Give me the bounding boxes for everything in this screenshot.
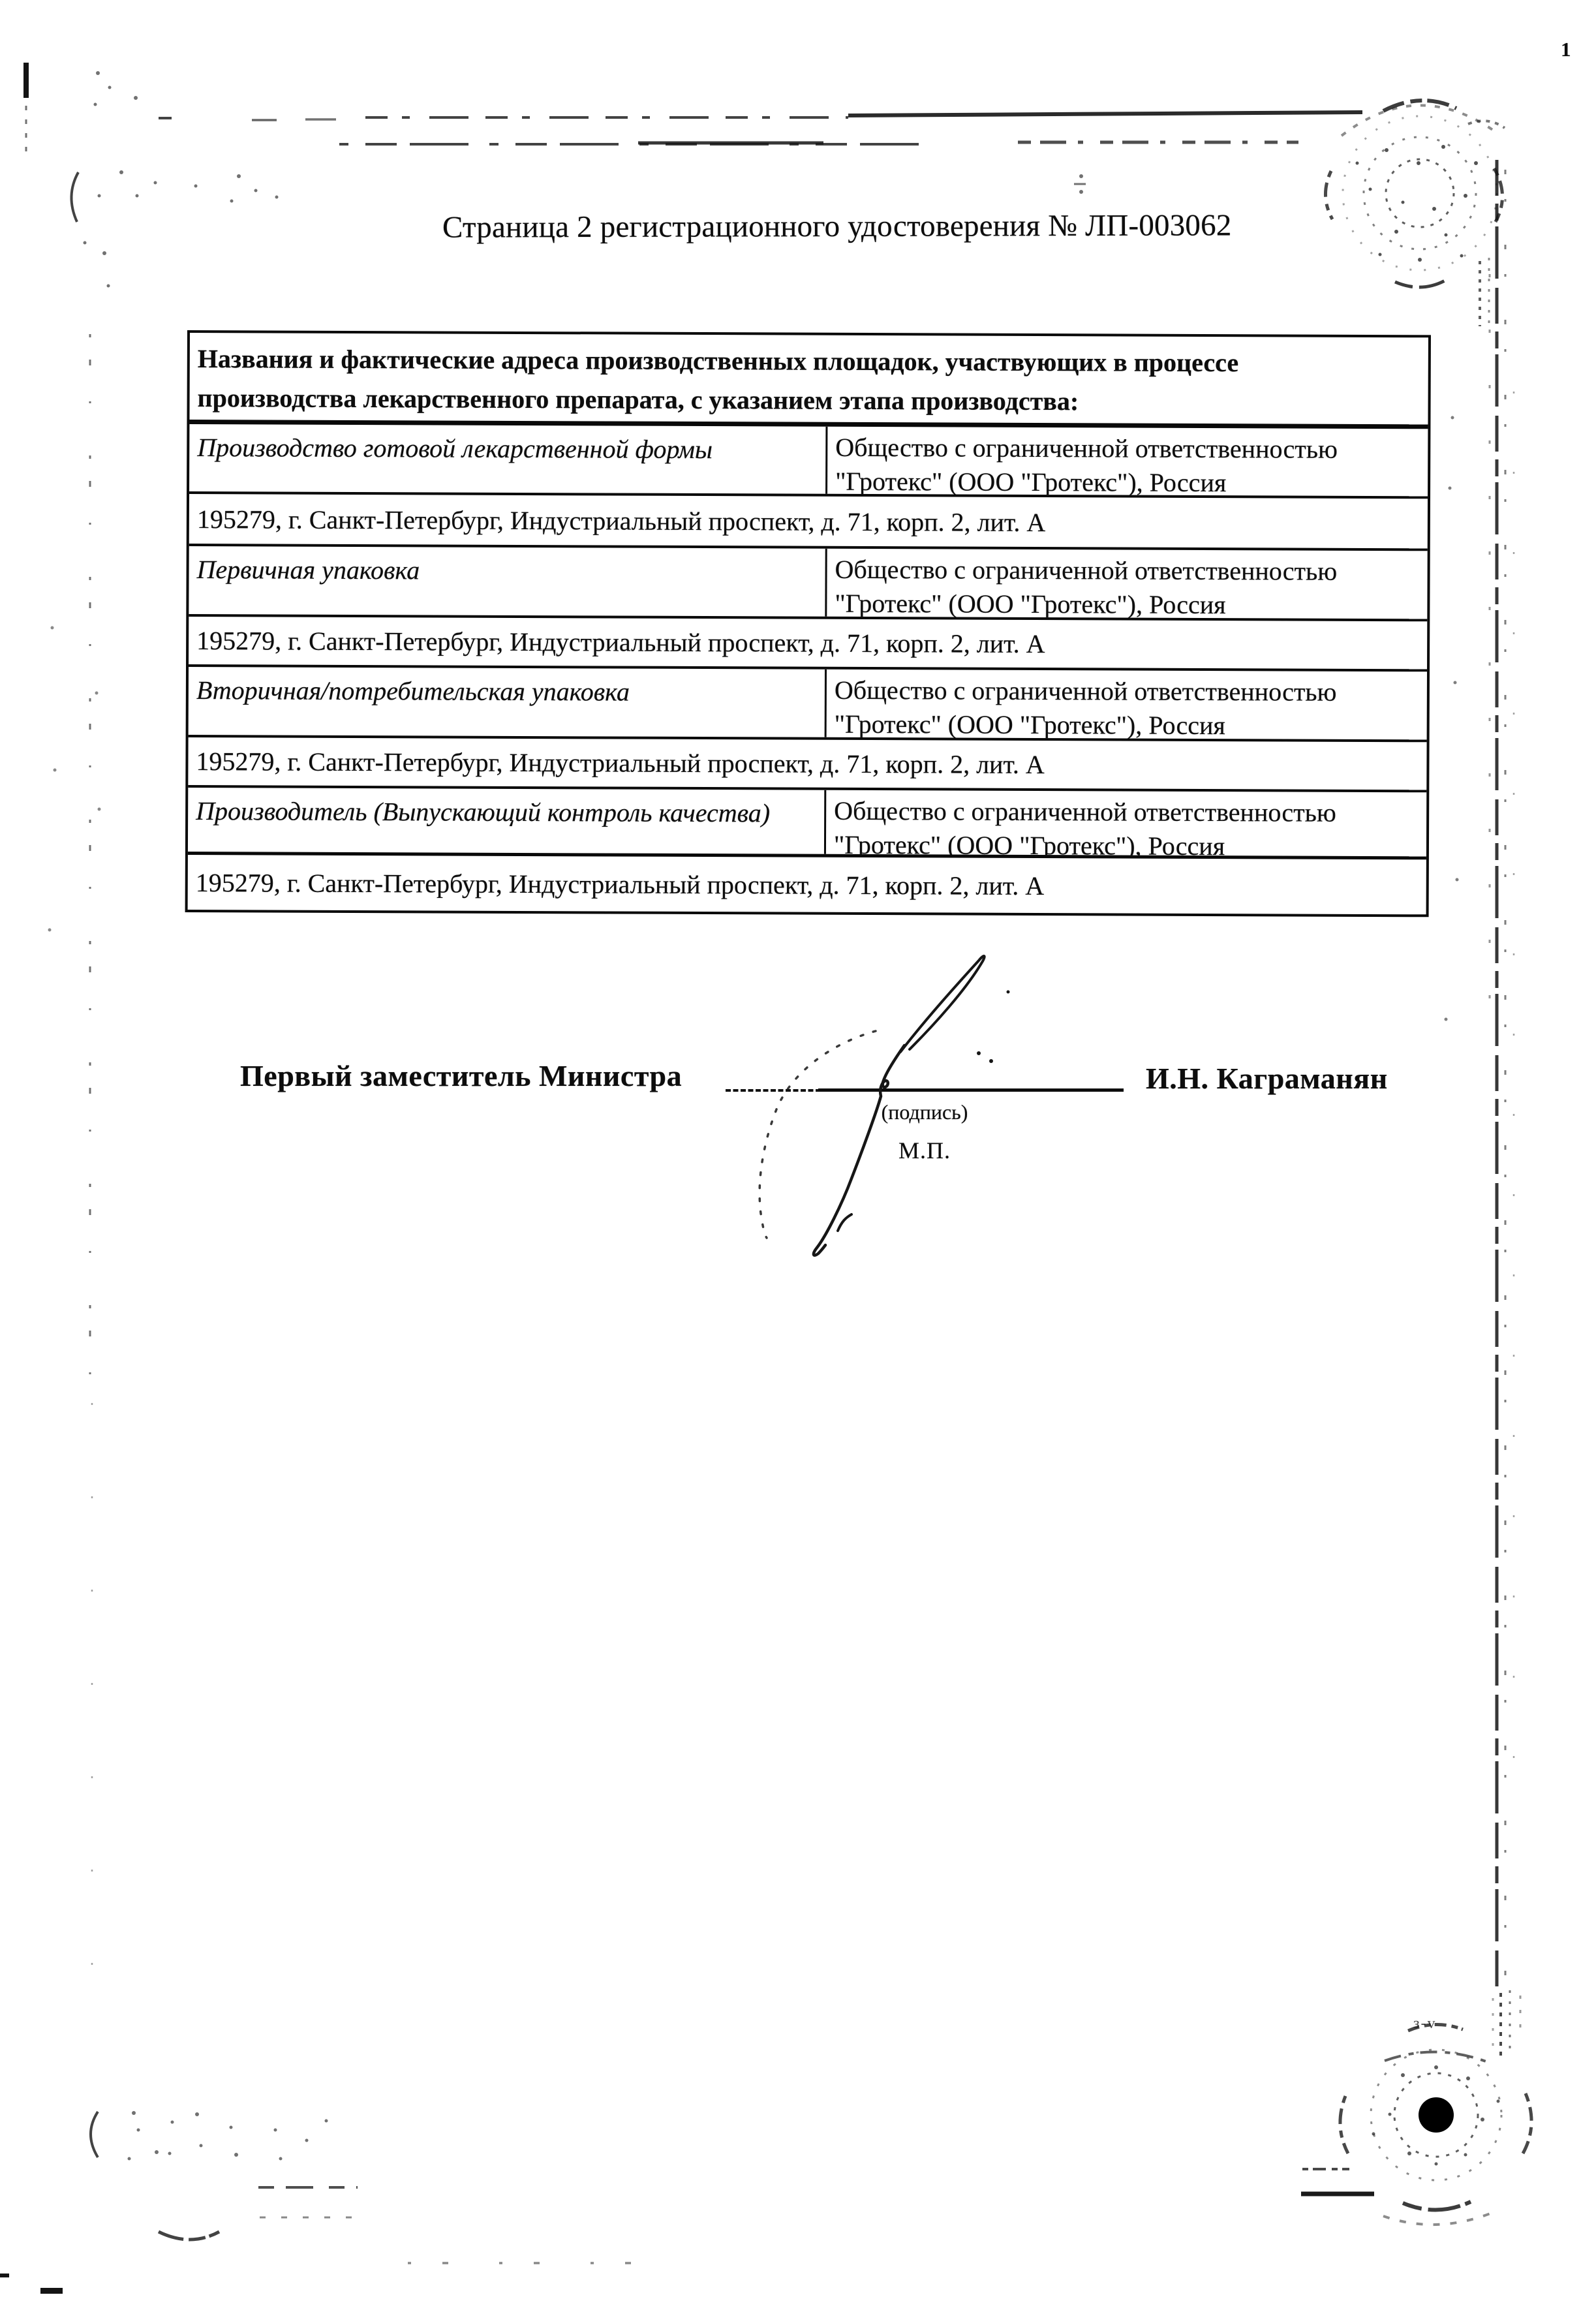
manufacturer-cell: Общество с ограниченной ответственностью… xyxy=(827,549,1427,619)
manufacturer-cell: Общество с ограниченной ответственностью… xyxy=(826,790,1426,857)
signature-loop-stroke xyxy=(900,956,985,1052)
address-cell: 195279, г. Санкт-Петербург, Индустриальн… xyxy=(189,494,1428,551)
table-row-stage: Вторичная/потребительская упаковка Общес… xyxy=(189,667,1427,742)
signature-position-title: Первый заместитель Министра xyxy=(240,1058,682,1093)
table-caption: Названия и фактические адреса производст… xyxy=(189,333,1428,429)
production-stage-cell: Производство готовой лекарственной формы xyxy=(189,424,827,494)
signature-dotted-arc xyxy=(760,1031,876,1238)
address-cell: 195279, г. Санкт-Петербург, Индустриальн… xyxy=(189,617,1427,671)
scan-noise-right-band xyxy=(1445,160,1514,1990)
signature-caption: (подпись) xyxy=(843,1100,1006,1124)
address-cell: 195279, г. Санкт-Петербург, Индустриальн… xyxy=(188,855,1426,914)
seal-caption: М.П. xyxy=(882,1137,967,1164)
scan-noise-top-border xyxy=(159,112,1362,194)
manufacturing-sites-table: Названия и фактические адреса производст… xyxy=(185,330,1431,917)
page-number: 1 xyxy=(1561,38,1571,61)
table-caption-text: Названия и фактические адреса производст… xyxy=(197,339,1326,422)
scan-noise-left-margin xyxy=(48,334,101,2056)
scan-noise-top-left xyxy=(23,63,279,288)
stamp-ink-dot xyxy=(1419,2097,1454,2133)
signature-line-left xyxy=(726,1089,821,1092)
manufacturer-text: Общество с ограниченной ответственностью… xyxy=(834,794,1362,856)
signature-line xyxy=(818,1088,1124,1092)
manufacturer-text: Общество с ограниченной ответственностью… xyxy=(835,431,1364,496)
stamp-noise-dots xyxy=(1356,145,1479,262)
page-title: Страница 2 регистрационного удостоверени… xyxy=(442,208,1232,245)
manufacturer-text: Общество с ограниченной ответственностью… xyxy=(835,673,1363,739)
address-cell: 195279, г. Санкт-Петербург, Индустриальн… xyxy=(188,737,1426,792)
manufacturer-text: Общество с ограниченной ответственностью… xyxy=(835,553,1363,619)
signature-tick xyxy=(838,1214,852,1231)
table-row-stage: Производство готовой лекарственной формы… xyxy=(189,424,1428,499)
signer-name: И.Н. Каграманян xyxy=(1146,1061,1388,1096)
production-stage-cell: Вторичная/потребительская упаковка xyxy=(189,667,827,737)
production-stage-cell: Первичная упаковка xyxy=(189,546,827,617)
table-row-stage: Первичная упаковка Общество с ограниченн… xyxy=(189,546,1427,621)
signature-specks xyxy=(977,991,1010,1064)
stamp-marginal-mark: з-v xyxy=(1413,2015,1436,2033)
stamp-top-right xyxy=(1325,100,1505,330)
production-stage-cell: Производитель (Выпускающий контроль каче… xyxy=(188,788,826,854)
manufacturer-cell: Общество с ограниченной ответственностью… xyxy=(827,427,1428,497)
manufacturer-cell: Общество с ограниченной ответственностью… xyxy=(827,670,1427,740)
stamp-noise-dots xyxy=(1372,2065,1500,2166)
table-row-stage: Производитель (Выпускающий контроль каче… xyxy=(188,788,1426,859)
scan-noise-bottom-left xyxy=(0,2111,643,2294)
